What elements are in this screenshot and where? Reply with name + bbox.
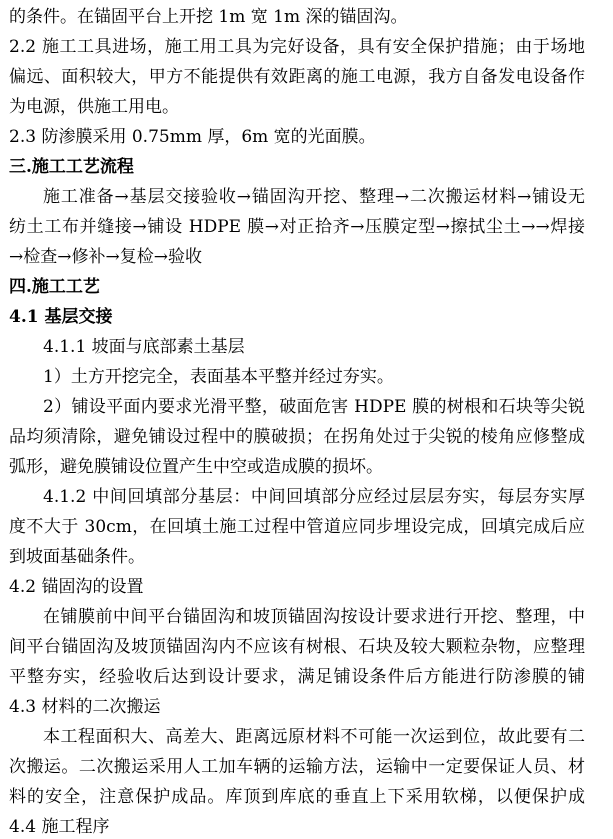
text-line: 平整夯实，经验收后达到设计要求，满足铺设条件后方能进行防渗膜的铺设。: [9, 662, 585, 692]
text-line: 次搬运。二次搬运采用人工加车辆的运输方法，运输中一定要保证人员、材: [9, 752, 585, 782]
text-line: 4.3 材料的二次搬运: [9, 692, 585, 722]
text-line: 4.1.2 中间回填部分基层：中间回填部分应经过层层夯实，每层夯实厚: [9, 482, 585, 512]
text-line: 4.4 施工程序: [9, 812, 585, 839]
text-line: 纺土工布并缝接→铺设 HDPE 膜→对正拾齐→压膜定型→擦拭尘土→→焊接: [9, 212, 585, 242]
text-line: 2.2 施工工具进场，施工用工具为完好设备，具有安全保护措施；由于场地: [9, 32, 585, 62]
text-line: 为电源，供施工用电。: [9, 92, 585, 122]
text-line: 2.3 防渗膜采用 0.75mm 厚，6m 宽的光面膜。: [9, 122, 585, 152]
text-line: 品均须清除，避免铺设过程中的膜破损；在拐角处过于尖锐的棱角应修整成: [9, 422, 585, 452]
text-line: 的条件。在锚固平台上开挖 1m 宽 1m 深的锚固沟。: [9, 2, 585, 32]
text-line: 4.2 锚固沟的设置: [9, 572, 585, 602]
section-heading: 三.施工工艺流程: [9, 152, 585, 182]
text-line: 料的安全，注意保护成品。库顶到库底的垂直上下采用软梯，以便保护成品。: [9, 782, 585, 812]
text-line: 到坡面基础条件。: [9, 542, 585, 572]
document-page: 的条件。在锚固平台上开挖 1m 宽 1m 深的锚固沟。2.2 施工工具进场，施工…: [0, 0, 613, 839]
section-heading: 四.施工工艺: [9, 272, 585, 302]
text-line: 本工程面积大、高差大、距离远原材料不可能一次运到位，故此要有二: [9, 722, 585, 752]
text-line: 2）铺设平面内要求光滑平整，破面危害 HDPE 膜的树根和石块等尖锐物: [9, 392, 585, 422]
text-line: →检查→修补→复检→验收: [9, 242, 585, 272]
text-line: 4.1.1 坡面与底部素土基层: [9, 332, 585, 362]
section-heading: 4.1 基层交接: [9, 302, 585, 332]
text-line: 偏远、面积较大，甲方不能提供有效距离的施工电源，我方自备发电设备作: [9, 62, 585, 92]
text-line: 1）土方开挖完全，表面基本平整并经过夯实。: [9, 362, 585, 392]
text-line: 弧形，避免膜铺设位置产生中空或造成膜的损坏。: [9, 452, 585, 482]
text-line: 施工准备→基层交接验收→锚固沟开挖、整理→二次搬运材料→铺设无: [9, 182, 585, 212]
text-line: 度不大于 30cm，在回填土施工过程中管道应同步埋设完成，回填完成后应达: [9, 512, 585, 542]
text-line: 在铺膜前中间平台锚固沟和坡顶锚固沟按设计要求进行开挖、整理，中: [9, 602, 585, 632]
text-line: 间平台锚固沟及坡顶锚固沟内不应该有树根、石块及较大颗粒杂物，应整理: [9, 632, 585, 662]
